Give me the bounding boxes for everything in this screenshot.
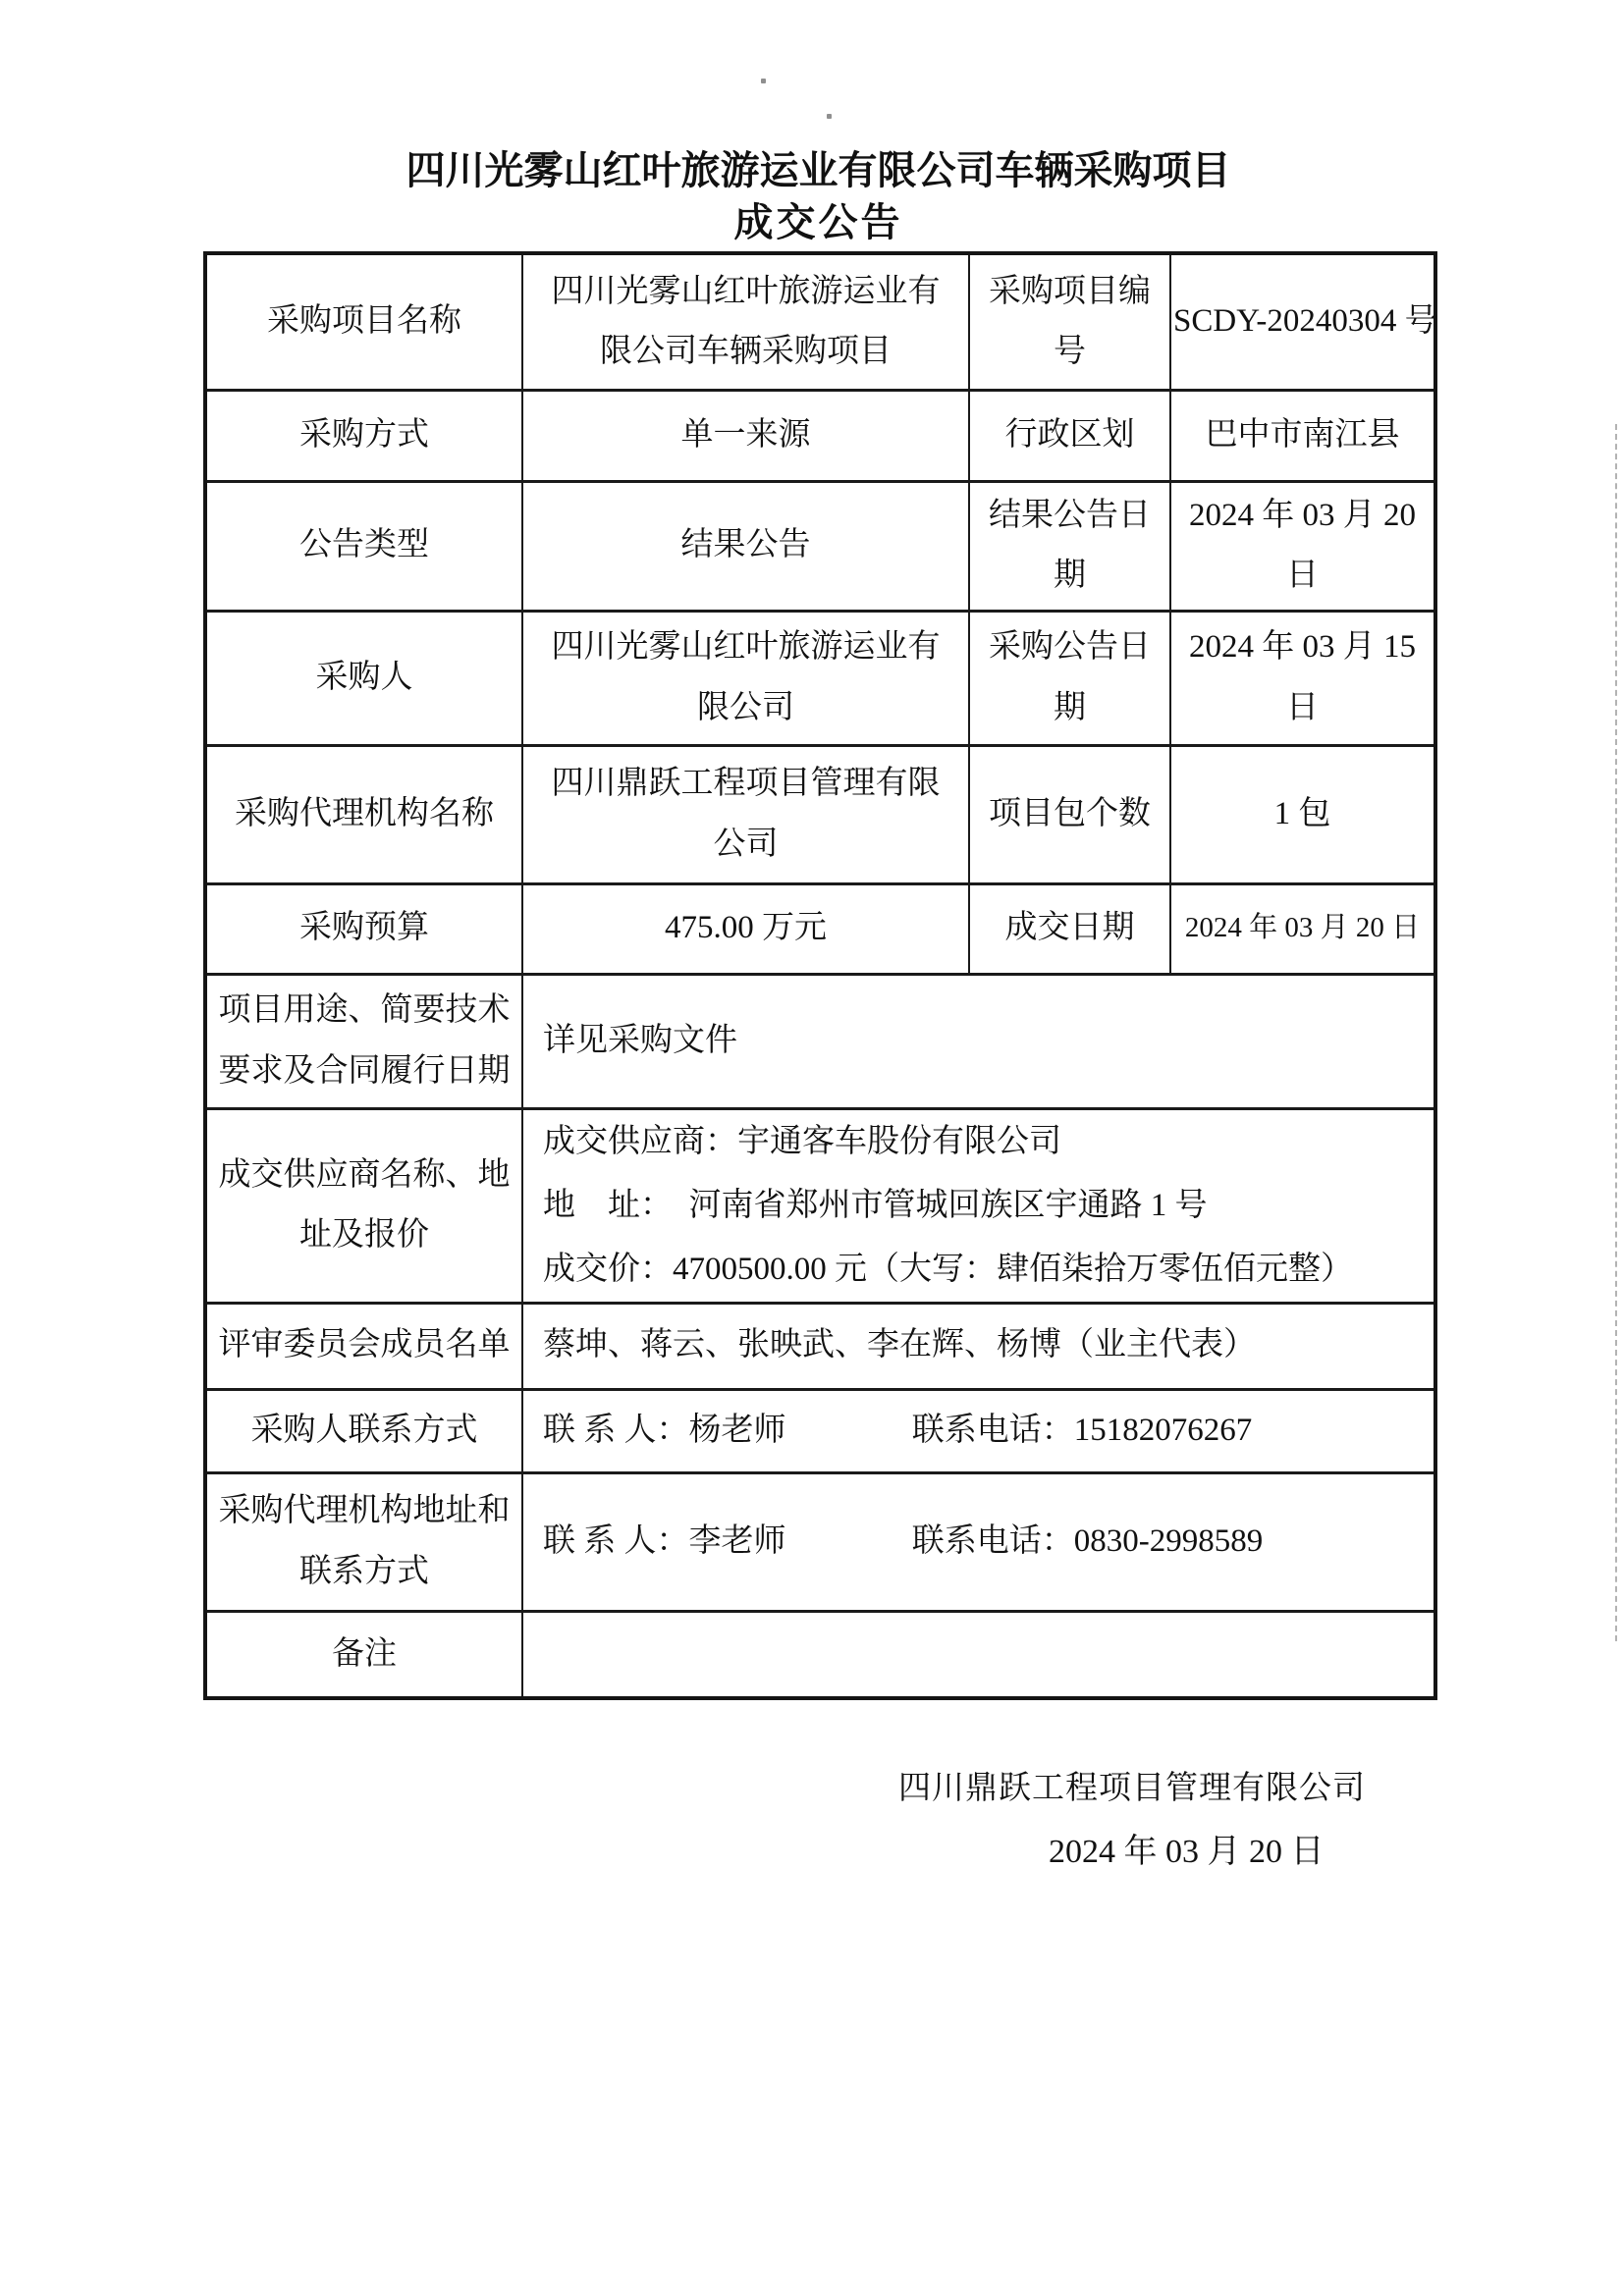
document-title-line2: 成交公告 — [203, 200, 1434, 245]
supplier-price-line: 成交价：4700500.00 元（大写：肆佰柒拾万零伍佰元整） — [543, 1238, 1420, 1302]
deal-date-value: 2024 年 03 月 20 日 — [1170, 883, 1435, 974]
row-agency-name: 采购代理机构名称 四川鼎跃工程项目管理有限公司 项目包个数 1 包 — [205, 745, 1435, 883]
document-title-line1: 四川光雾山红叶旅游运业有限公司车辆采购项目 — [203, 147, 1434, 194]
remarks-label: 备注 — [205, 1611, 522, 1698]
review-committee-value: 蔡坤、蒋云、张映武、李在辉、杨博（业主代表） — [522, 1303, 1435, 1389]
row-review-committee: 评审委员会成员名单 蔡坤、蒋云、张映武、李在辉、杨博（业主代表） — [205, 1303, 1435, 1389]
project-number-value: SCDY-20240304 号 — [1170, 253, 1435, 390]
admin-region-label: 行政区划 — [969, 390, 1170, 481]
row-procurement-method: 采购方式 单一来源 行政区划 巴中市南江县 — [205, 390, 1435, 481]
purchaser-value: 四川光雾山红叶旅游运业有限公司 — [522, 611, 969, 745]
announcement-table: 采购项目名称 四川光雾山红叶旅游运业有限公司车辆采购项目 采购项目编号 SCDY… — [203, 251, 1437, 1700]
procurement-method-value: 单一来源 — [522, 390, 969, 481]
budget-label: 采购预算 — [205, 883, 522, 974]
supplier-name-line: 成交供应商：宇通客车股份有限公司 — [543, 1110, 1420, 1174]
project-name-value: 四川光雾山红叶旅游运业有限公司车辆采购项目 — [522, 253, 969, 390]
row-purchaser-contact: 采购人联系方式 联 系 人：杨老师 联系电话：15182076267 — [205, 1389, 1435, 1472]
procurement-announcement-date-value: 2024 年 03 月 15 日 — [1170, 611, 1435, 745]
project-number-label: 采购项目编号 — [969, 253, 1170, 390]
budget-value: 475.00 万元 — [522, 883, 969, 974]
package-count-label: 项目包个数 — [969, 745, 1170, 883]
purchaser-contact-person: 联 系 人：杨老师 — [543, 1401, 786, 1461]
scan-speck — [827, 114, 832, 119]
row-project-name: 采购项目名称 四川光雾山红叶旅游运业有限公司车辆采购项目 采购项目编号 SCDY… — [205, 253, 1435, 390]
procurement-announcement-date-label: 采购公告日期 — [969, 611, 1170, 745]
purchaser-contact-phone: 联系电话：15182076267 — [912, 1401, 1253, 1461]
procurement-method-label: 采购方式 — [205, 390, 522, 481]
scan-speck — [761, 79, 766, 83]
row-project-purpose: 项目用途、简要技术要求及合同履行日期 详见采购文件 — [205, 974, 1435, 1108]
scan-artifact-line — [1615, 424, 1617, 1641]
project-purpose-label: 项目用途、简要技术要求及合同履行日期 — [205, 974, 522, 1108]
agency-name-value: 四川鼎跃工程项目管理有限公司 — [522, 745, 969, 883]
result-announcement-date-value: 2024 年 03 月 20 日 — [1170, 481, 1435, 611]
purchaser-label: 采购人 — [205, 611, 522, 745]
agency-contact-label: 采购代理机构地址和联系方式 — [205, 1472, 522, 1611]
supplier-address-line: 地 址： 河南省郑州市管城回族区宇通路 1 号 — [543, 1174, 1420, 1238]
footer-agency-company: 四川鼎跃工程项目管理有限公司 — [898, 1762, 1366, 1808]
row-budget: 采购预算 475.00 万元 成交日期 2024 年 03 月 20 日 — [205, 883, 1435, 974]
document-page: 四川光雾山红叶旅游运业有限公司车辆采购项目 成交公告 采购项目名称 四川光雾山红… — [0, 0, 1623, 2296]
agency-contact-person: 联 系 人：李老师 — [543, 1512, 786, 1572]
row-announcement-type: 公告类型 结果公告 结果公告日期 2024 年 03 月 20 日 — [205, 481, 1435, 611]
deal-date-label: 成交日期 — [969, 883, 1170, 974]
review-committee-label: 评审委员会成员名单 — [205, 1303, 522, 1389]
agency-contact-phone: 联系电话：0830-2998589 — [912, 1512, 1264, 1572]
announcement-type-value: 结果公告 — [522, 481, 969, 611]
row-remarks: 备注 — [205, 1611, 1435, 1698]
agency-contact-value: 联 系 人：李老师 联系电话：0830-2998589 — [522, 1472, 1435, 1611]
row-agency-contact: 采购代理机构地址和联系方式 联 系 人：李老师 联系电话：0830-299858… — [205, 1472, 1435, 1611]
winning-supplier-value: 成交供应商：宇通客车股份有限公司 地 址： 河南省郑州市管城回族区宇通路 1 号… — [522, 1108, 1435, 1303]
agency-name-label: 采购代理机构名称 — [205, 745, 522, 883]
project-purpose-value: 详见采购文件 — [522, 974, 1435, 1108]
admin-region-value: 巴中市南江县 — [1170, 390, 1435, 481]
footer-date: 2024 年 03 月 20 日 — [1049, 1824, 1325, 1872]
project-name-label: 采购项目名称 — [205, 253, 522, 390]
announcement-type-label: 公告类型 — [205, 481, 522, 611]
row-winning-supplier: 成交供应商名称、地址及报价 成交供应商：宇通客车股份有限公司 地 址： 河南省郑… — [205, 1108, 1435, 1303]
winning-supplier-label: 成交供应商名称、地址及报价 — [205, 1108, 522, 1303]
remarks-value — [522, 1611, 1435, 1698]
package-count-value: 1 包 — [1170, 745, 1435, 883]
purchaser-contact-value: 联 系 人：杨老师 联系电话：15182076267 — [522, 1389, 1435, 1472]
purchaser-contact-label: 采购人联系方式 — [205, 1389, 522, 1472]
result-announcement-date-label: 结果公告日期 — [969, 481, 1170, 611]
row-purchaser: 采购人 四川光雾山红叶旅游运业有限公司 采购公告日期 2024 年 03 月 1… — [205, 611, 1435, 745]
